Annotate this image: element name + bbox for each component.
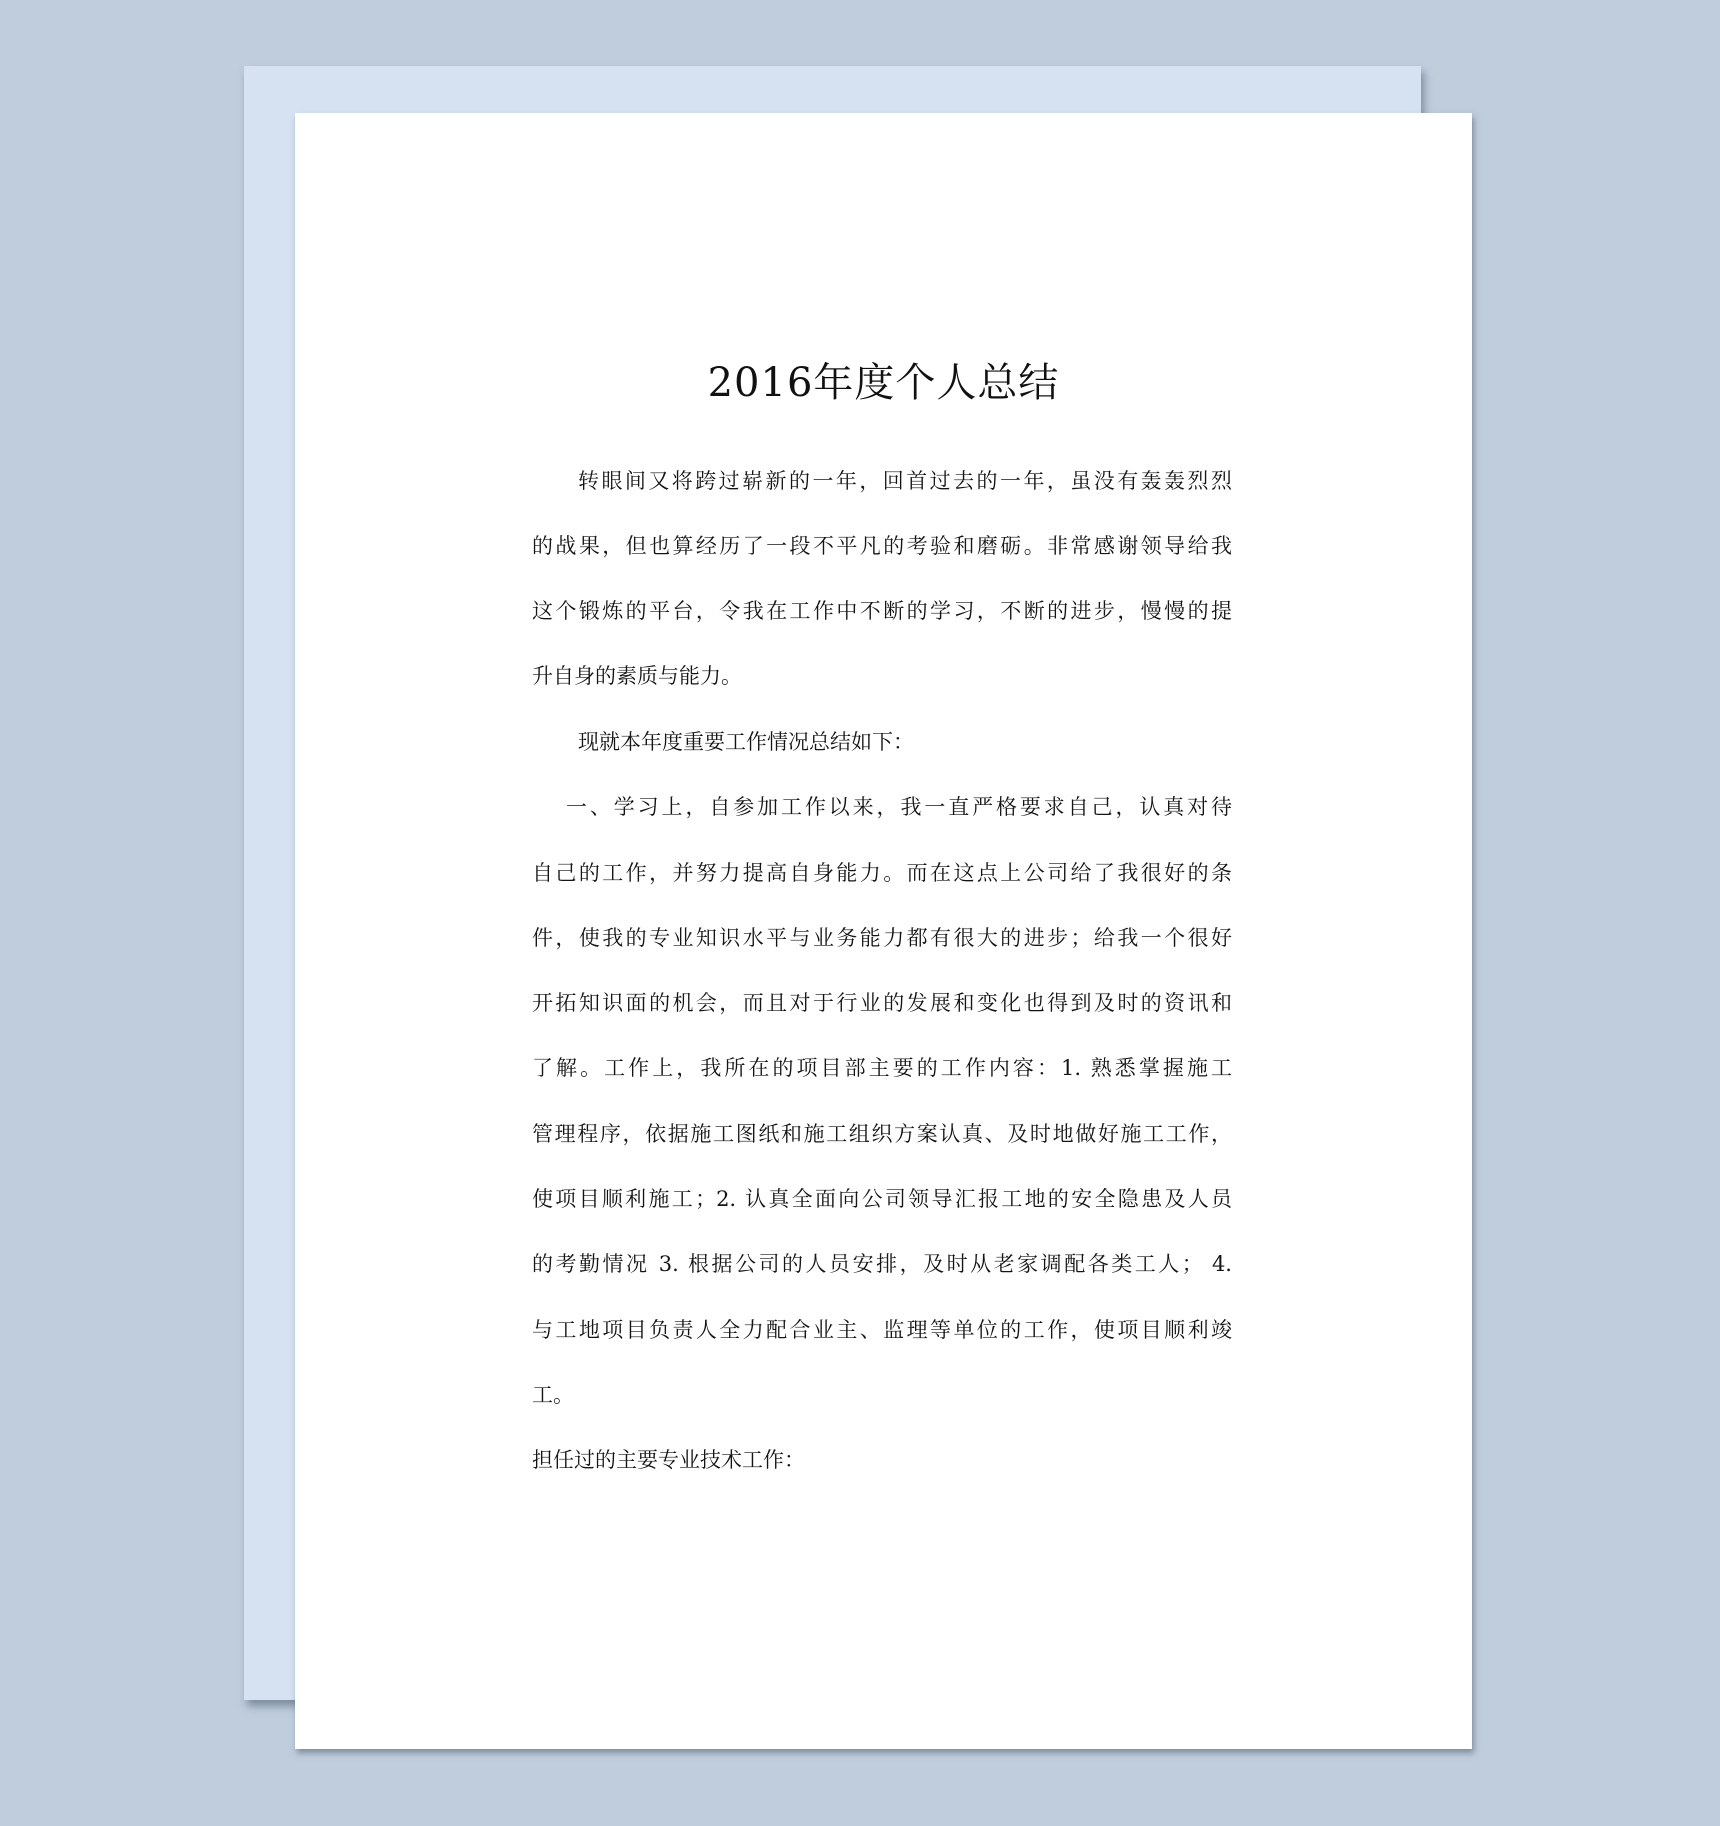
paragraph-line: 一、学习上，自参加工作以来，我一直严格要求自己，认真对待 [532,792,1232,822]
document-page: 2016年度个人总结 转眼间又将跨过崭新的一年，回首过去的一年，虽没有轰轰烈烈 … [295,113,1472,1749]
paragraph-line: 管理程序，依据施工图纸和施工组织方案认真、及时地做好施工工作， [532,1119,1232,1149]
paragraph-line: 这个锻炼的平台，令我在工作中不断的学习，不断的进步，慢慢的提 [532,596,1232,626]
paragraph-line: 件，使我的专业知识水平与业务能力都有很大的进步；给我一个很好 [532,923,1232,953]
paragraph-line: 了解。工作上，我所在的项目部主要的工作内容：1. 熟悉掌握施工 [532,1053,1232,1083]
paragraph-line: 的考勤情况 3. 根据公司的人员安排，及时从老家调配各类工人； 4. [532,1249,1232,1279]
paragraph-line: 工。 [532,1380,1232,1410]
paragraph-line: 转眼间又将跨过崭新的一年，回首过去的一年，虽没有轰轰烈烈 [532,466,1232,496]
paragraph-line: 自己的工作，并努力提高自身能力。而在这点上公司给了我很好的条 [532,858,1232,888]
document-title: 2016年度个人总结 [295,360,1472,406]
paragraph-line: 升自身的素质与能力。 [532,661,1232,691]
paragraph-line: 与工地项目负责人全力配合业主、监理等单位的工作，使项目顺利竣 [532,1315,1232,1345]
section-heading-line: 担任过的主要专业技术工作： [532,1445,1232,1475]
paragraph-line: 的战果，但也算经历了一段不平凡的考验和磨砺。非常感谢领导给我 [532,531,1232,561]
paragraph-line: 现就本年度重要工作情况总结如下： [532,727,1232,757]
paragraph-line: 开拓知识面的机会，而且对于行业的发展和变化也得到及时的资讯和 [532,988,1232,1018]
paragraph-line: 使项目顺利施工；2. 认真全面向公司领导汇报工地的安全隐患及人员 [532,1184,1232,1214]
